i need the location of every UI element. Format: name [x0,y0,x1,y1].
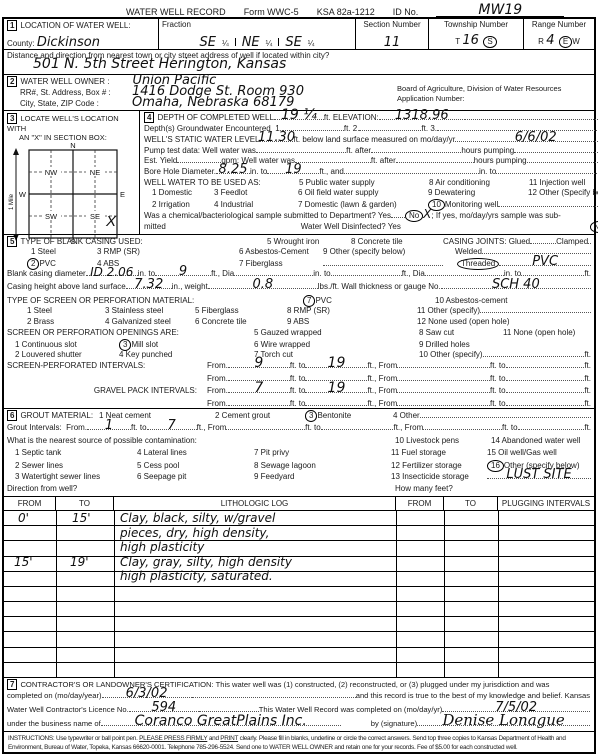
use-item-6: 6 Oil field water supply [298,188,428,197]
gpi2-ft-unit: ft. [584,399,591,408]
range-direction-circled: E [559,36,572,48]
form-body: 1LOCATION OF WATER WELL: County: Dickins… [2,17,596,754]
well-location-x-mark: X [105,213,117,230]
table-row [4,632,594,647]
contamination-item-2: 2 Sewer lines [7,461,137,470]
section6-number: 6 [7,410,17,421]
blank-casing-depth-value: 9 [179,265,187,278]
depth-label: DEPTH OF COMPLETED WELL [157,113,273,122]
compass-n: N [70,142,75,150]
township-direction-circled: S [483,36,496,48]
welded-blank [482,247,591,254]
gpi2-blank-4 [506,399,585,406]
log-entry-2-line1: Clay, gray, silty, high density [120,556,292,569]
pump-blank-1 [256,146,346,153]
spi-blank-2a [397,361,490,368]
contamination-item-13: 13 Insecticide storage [391,472,487,481]
grout-item-1: 1 Neat cement [99,411,215,420]
sample-question-rest: ; If yes, mo/day/yrs sample was sub- [431,211,560,220]
spi-ft-to: ft. to [290,361,306,370]
openings-item-1: 1 Continuous slot [7,340,119,349]
contamination-other-value: LUST SITE [506,468,571,481]
openings-item-10: 10 Other (specify) [419,350,483,359]
screen-intervals-label: SCREEN-PERFORATED INTERVALS: [7,361,207,370]
screen-item-6: 6 Concrete tile [195,317,287,326]
use-item-7: 7 Domestic (lawn & garden) [298,200,428,209]
section5-casing: 5TYPE OF BLANK CASING USED: 5 Wrought ir… [4,235,594,409]
grout-item-4: 4 Other [393,411,420,420]
openings-item-8: 8 Saw cut [419,328,503,337]
fraction-cell: Fraction SE¼ NE¼ SE¼ [159,19,356,49]
trailing-dots [465,113,598,120]
est-yield-blank [177,156,221,163]
bore-blank-3 [496,167,598,174]
section7-number: 7 [7,679,17,690]
spi-ft-unit: ft. [584,361,591,370]
screen-item-2: 2 Brass [7,317,105,326]
instructions-line1: INSTRUCTIONS: Use typewriter or ball poi… [8,734,590,743]
township-value: 16 [462,36,479,45]
gravel-pack-from-value: 7 [254,381,263,395]
bore-blank-2 [344,167,479,174]
owner-city-label: City, State, ZIP Code : [20,99,132,108]
contamination-item-12: 12 Fertilizer storage [391,461,487,470]
dia3-blank [425,269,504,276]
gpi2-ft-from: ft., From [367,399,397,408]
table-row [4,511,594,526]
contamination-item-11: 11 Fuel storage [391,448,487,457]
fraction-divider [278,38,279,46]
section5-number: 5 [7,236,17,247]
grout-other-blank [420,411,591,418]
gpi2-blank-3 [397,399,490,406]
elevation-value: 1318.96 [395,109,449,122]
sample-no-x-mark: X [423,210,431,219]
id-number-value: MW19 [478,2,522,18]
est-blank-3 [527,156,598,163]
range-cell: Range Number R 4 EW [524,19,594,49]
casing-height-label: Casing height above land surface [7,282,126,291]
contamination-item-8: 8 Sewage lagoon [254,461,391,470]
table-row [4,572,594,587]
fraction-1-value: SE [200,38,216,47]
compass-w: W [19,190,27,199]
use-item-10-label: Monitoring well [445,200,498,209]
static-water-value: 11.30 [258,131,295,144]
dia2-blank [234,269,313,276]
contamination-item-4: 4 Lateral lines [137,448,254,457]
statute-ref: KSA 82a-1212 [317,7,375,17]
table-row [4,648,594,663]
openings-item-3-label: Mill slot [131,340,158,349]
est-after: ft. after [371,156,396,165]
screen-interval-to-value: 19 [328,356,346,370]
form-number: Form WWC-5 [244,7,299,17]
gi-ft-to-2: ft. to [305,423,321,432]
section6-grout: 6GROUT MATERIAL: 1 Neat cement 2 Cement … [4,409,594,497]
gi-ft-unit: ft. [584,423,591,432]
owner-city-value: Omaha, Nebraska 68179 [132,98,294,107]
gi-blank-3a [423,423,502,430]
openings-other-blank [483,350,585,357]
dia3-ft-blank [521,269,584,276]
table-row [4,617,594,632]
contamination-item-6: 6 Seepage pit [137,472,254,481]
bore-ft-and: ft., and [319,167,343,176]
screen-item-5: 5 Fiberglass [195,306,287,315]
screen-item-4: 4 Galvanized steel [105,317,195,326]
bore-in-to: in. to [250,167,267,176]
spi-blank-2b [506,361,585,368]
sample-question-cont: mitted [144,222,166,231]
bore-diameter-value: 8.25 [219,163,248,176]
signature-label: by (signature) [371,719,417,728]
direction-from-well-label: Direction from well? [7,484,395,493]
spi2-ft-unit: ft. [584,374,591,383]
form-header: WATER WELL RECORD Form WWC-5 KSA 82a-121… [0,0,598,17]
casing-title: TYPE OF BLANK CASING USED: [20,237,142,246]
gi-ft-to: ft. to [131,423,147,432]
range-label: Range Number [527,20,591,29]
gi-ft-from: ft., From [197,423,227,432]
application-number-label: Application Number: [397,94,595,104]
pump-blank-3 [514,146,598,153]
gpi2-ft-to: ft. to [290,399,306,408]
section3-number: 3 [7,113,17,124]
county-label: County: [7,39,35,48]
openings-title: SCREEN OR PERFORATION OPENINGS ARE: [7,328,254,337]
quarter-1: ¼ [222,39,229,48]
table-row [4,541,594,556]
screen-other-blank [480,306,591,313]
table-row [4,526,594,541]
contamination-item-15: 15 Oil well/Gas well [487,448,557,457]
spi2-ft-to-2: ft. to [490,374,506,383]
est-yield-label: Est. Yield [144,156,177,165]
log-entry-1-line1: Clay, black, silty, w/gravel [120,512,275,525]
log-entry-2-line2: high plasticity, saturated. [120,570,273,583]
openings-item-6: 6 Wire wrapped [254,340,419,349]
openings-item-9: 9 Drilled holes [419,340,470,349]
casing-item-5: 5 Wrought iron [267,237,351,246]
blank-casing-diameter-label: Blank casing diameter [7,269,86,278]
screen-item-8: 8 RMP (SR) [287,306,417,315]
business-name-label: under the business name of [7,719,101,728]
gravel-pack-label: GRAVEL PACK INTERVALS: [7,386,207,395]
table-vline [56,511,57,677]
mile-label: 1 Mile [9,193,15,210]
spi-ft-from: ft., From [367,361,397,370]
est-blank-2 [396,156,474,163]
quadrant-nw: NW [45,168,58,177]
bcd-ft-dia: ft., Dia [211,269,234,278]
log-entry-1-to: 15' [72,512,91,525]
instructions-print: PRINT [220,735,238,742]
log-table-body: 0' 15' Clay, black, silty, w/gravel piec… [4,511,594,678]
instructions-1a: INSTRUCTIONS: Use typewriter or ball poi… [8,735,139,742]
casing-other-blank [323,259,443,266]
log-table-header: FROM TO LITHOLOGIC LOG FROM TO PLUGGING … [4,497,594,511]
casing-item-8: 8 Concrete tile [351,237,443,246]
grout-title: GROUT MATERIAL: [20,411,93,420]
openings-item-11: 11 None (open hole) [503,328,575,337]
gw-2-blank [359,124,421,131]
casing-item-7: 7 Fiberglass [239,259,323,268]
gi-ft-to-3: ft. to [502,423,518,432]
section-number-cell: Section Number 11 [356,19,429,49]
mile-arrow-up [13,148,19,155]
fraction-label: Fraction [162,20,352,29]
grout-intervals-label: Grout Intervals: [7,423,62,432]
section1-location: 1LOCATION OF WATER WELL: County: Dickins… [4,19,594,50]
distance-value: 501 N. 5th Street Herington, Kansas [33,60,286,69]
spi2-blank-3 [397,374,490,381]
col-to-2: TO [444,497,498,510]
blank-casing-diameter-value: ID 2.06 [90,266,133,278]
form-title: WATER WELL RECORD [126,7,226,17]
spi2-blank-4 [506,374,585,381]
log-entry-1-line3: high plasticity [120,541,204,554]
gpi-blank-2b [506,386,585,393]
water-well-record-form: WATER WELL RECORD Form WWC-5 KSA 82a-121… [0,0,598,756]
openings-item-2: 2 Louvered shutter [7,350,119,359]
gpi2-from-label: From. [207,399,228,408]
col-from-2: FROM [396,497,444,510]
disinfected-no-circled: No [590,221,598,233]
glued-blank [530,237,556,244]
gpi-ft-from: ft., From [367,386,397,395]
screen-item-10: 10 Asbestos-cement [435,296,507,305]
spi-ft-to-2: ft. to [490,361,506,370]
section1-title: LOCATION OF WATER WELL: [20,21,130,30]
screen-item-9: 9 ABS [287,317,417,326]
gpi-from-label: From. [207,386,228,395]
quarter-2: ¼ [266,39,273,48]
compass-e: E [120,190,125,199]
weight-label: in., weight [172,282,208,291]
use-item-9: 9 Dewatering [428,188,528,197]
spi2-ft-from: ft., From [367,374,397,383]
table-row [4,663,594,678]
section2-owner: 2WATER WELL OWNER :Union Pacific RR#, St… [4,75,594,111]
grout-item-2: 2 Cement grout [215,411,305,420]
contamination-item-10: 10 Livestock pens [395,436,491,445]
openings-item-4: 4 Key punched [119,350,254,359]
use-item-11: 11 Injection well [529,178,585,187]
gi-ft-from-2: ft., From [393,423,423,432]
use-item-1: 1 Domestic [144,188,214,197]
range-prefix: R [538,37,544,46]
screen-item-7-label: PVC [315,296,331,305]
use-item-12: 12 Other (Specify below) [528,188,598,197]
quarter-3: ¼ [308,39,315,48]
township-label: Township Number [432,20,520,29]
bore-hole-label: Bore Hole Diameter. [144,167,216,176]
pump-test-label: Pump test data: Well water was [144,146,256,155]
section-number-label: Section Number [359,20,425,29]
use-title: WELL WATER TO BE USED AS: [144,178,299,187]
licence-dots [199,705,259,712]
fraction-2-value: NE [242,38,260,47]
instructions-press-firmly: PLEASE PRESS FIRMLY [139,735,207,742]
gpi-ft-to-2: ft. to [490,386,506,395]
casing-item-3: 3 RMP (SR) [97,247,239,256]
grout-interval-to-value: 7 [167,419,175,432]
quadrant-se: SE [90,212,100,221]
certification-line2: and this record is true to the best of m… [356,691,590,700]
log-entry-2-from: 15' [14,556,33,569]
log-entry-1-line2: pieces, dry, high density, [120,527,269,540]
cert-dots [192,691,356,698]
table-vline [114,511,115,677]
gpi-ft-to: ft. to [290,386,306,395]
section3-title-line2: AN "X" IN SECTION BOX: [7,133,137,142]
gi-blank-3b [518,423,585,430]
how-many-feet-label: How many feet? [395,484,453,493]
use-item-4: 4 Industrial [214,200,298,209]
licence-label: Water Well Contractor's Licence No. [7,705,129,714]
table-vline [444,511,445,677]
completed-on-value: 6/3/02 [126,687,168,700]
range-value: 4 [546,36,554,45]
disinfected-question: Water Well Disinfected? Yes [301,222,401,231]
welded-label: Welded [455,247,482,256]
spi-from-label: From. [207,361,228,370]
contamination-item-1: 1 Septic tank [7,448,137,457]
dia3-label: ft., Dia [402,269,425,278]
threaded-value: PVC [532,255,558,268]
contamination-item-5: 5 Cess pool [137,461,254,470]
owner-address-label: RR#, St. Address, Box # : [20,88,132,97]
joints-label: CASING JOINTS: Glued [443,237,530,246]
openings-item-5: 5 Gauzed wrapped [254,328,419,337]
dia2-ft-blank [331,269,402,276]
use-item-2: 2 Irrigation [144,200,214,209]
use-10-dots [498,200,598,207]
casing-item-1: 1 Steel [7,247,97,256]
table-row [4,557,594,572]
static-water-label: WELL'S STATIC WATER LEVEL [144,135,259,144]
section-number-value: 11 [384,38,401,47]
instructions-1c: and [207,735,220,742]
depth-value: 19 ¼ [281,108,317,122]
openings-ft-unit: ft. [584,350,591,359]
clamped-blank [588,237,591,244]
bore-in-to-2: in. to [479,167,496,176]
grout-item-3-label: Bentonite [317,411,351,420]
section7-certification: 7 CONTRACTOR'S OR LANDOWNER'S CERTIFICAT… [4,678,594,732]
pump-after: ft. after [346,146,371,155]
static-water-date: 6/6/02 [515,131,557,144]
quadrant-ne: NE [90,168,100,177]
instructions-line2: Environment, Bureau of Water, Topeka, Ka… [8,743,590,752]
wall-thickness-label: lbs./ft. Wall thickness or gauge No. [318,282,441,291]
gpi2-blank-1 [228,399,290,406]
contamination-item-3: 3 Watertight sewer lines [7,472,137,481]
casing-item-2-label: PVC [39,259,55,268]
contamination-item-16-circled-number: 16 [487,460,504,472]
screen-item-12: 12 None used (open hole) [417,317,510,326]
col-from-1: FROM [4,497,56,510]
instructions-block: INSTRUCTIONS: Use typewriter or ball poi… [4,732,594,754]
pump-blank-2 [371,146,461,153]
owner-label: WATER WELL OWNER : [20,77,132,86]
est-pumping: hours pumping [474,156,527,165]
log-entry-2-to: 19' [70,556,89,569]
bore-depth-value: 19 [285,163,302,176]
casing-item-9: 9 Other (specify below) [323,247,455,256]
sample-yes-blank [391,211,405,218]
section4-number: 4 [144,112,154,123]
id-label: ID No. [393,7,419,17]
section4-depth: 4 DEPTH OF COMPLETED WELL 19 ¼ ft. ELEVA… [140,111,598,234]
gauge-value: SCH 40 [492,278,540,291]
section3-locate: 3LOCATE WELL'S LOCATION WITH AN "X" IN S… [4,111,140,234]
section3-title-line1: LOCATE WELL'S LOCATION WITH [7,114,119,133]
table-vline [498,511,499,677]
use-item-3: 3 Feedlot [214,188,298,197]
contamination-item-7: 7 Pit privy [254,448,391,457]
distance-row: Distance and direction from nearest town… [4,50,594,75]
screen-interval-from-value: 9 [254,356,263,370]
gpi2-blank-2 [305,399,367,406]
agency-block: Board of Agriculture, Division of Water … [397,84,595,104]
screen-item-11: 11 Other (specify) [417,306,480,315]
contamination-item-14: 14 Abandoned water well [491,436,580,445]
gi-from-label: From. [66,423,87,432]
township-prefix: T [455,37,460,46]
sample-question: Was a chemical/bacteriological sample su… [144,211,391,220]
gi-blank-2b [321,423,394,430]
screen-item-1: 1 Steel [7,306,105,315]
spi2-from-label: From. [207,374,228,383]
grout-item-3-circled-number: 3 [305,410,317,422]
clamped-label: Clamped [556,237,588,246]
table-row [4,587,594,602]
col-lithologic-log: LITHOLOGIC LOG [114,497,396,510]
static-water-rest: ft. below land surface measured on mo/da… [293,135,455,144]
county-value: Dickinson [37,38,100,47]
range-direction-alt: W [572,37,580,46]
agency-name: Board of Agriculture, Division of Water … [397,84,595,94]
groundwater-label: Depth(s) Groundwater Encountered [144,124,271,133]
section34-wrap: 3LOCATE WELL'S LOCATION WITH AN "X" IN S… [4,111,594,235]
use-item-5: 5 Public water supply [299,178,429,187]
gpi-blank-2a [397,386,490,393]
weight-value: 0.8 [252,278,273,291]
business-name-value: Coranco GreatPlains Inc. [135,714,307,728]
dia3-ft-unit: ft. [584,269,591,278]
certification-line1: CONTRACTOR'S OR LANDOWNER'S CERTIFICATIO… [20,680,549,689]
instructions-1e: clearly. Please fill in blanks, underlin… [238,735,566,742]
gpi2-ft-to-2: ft. to [490,399,506,408]
gi-blank-2a [226,423,305,430]
col-plugging-intervals: PLUGGING INTERVALS [498,497,594,510]
county-cell: 1LOCATION OF WATER WELL: County: Dickins… [4,19,159,49]
gpi-ft-unit: ft. [584,386,591,395]
fraction-3-value: SE [285,38,301,47]
section2-number: 2 [7,76,17,87]
table-vline [396,511,397,677]
grout-interval-from-value: 1 [105,419,113,432]
use-item-8: 8 Air conditioning [429,178,529,187]
screen-item-3: 3 Stainless steel [105,306,195,315]
quadrant-sw: SW [45,212,58,221]
table-row [4,602,594,617]
casing-item-6: 6 Asbestos-Cement [239,247,323,256]
gw-2: ft. 2. [344,124,360,133]
signature-value: Denise Lonague [442,713,564,728]
